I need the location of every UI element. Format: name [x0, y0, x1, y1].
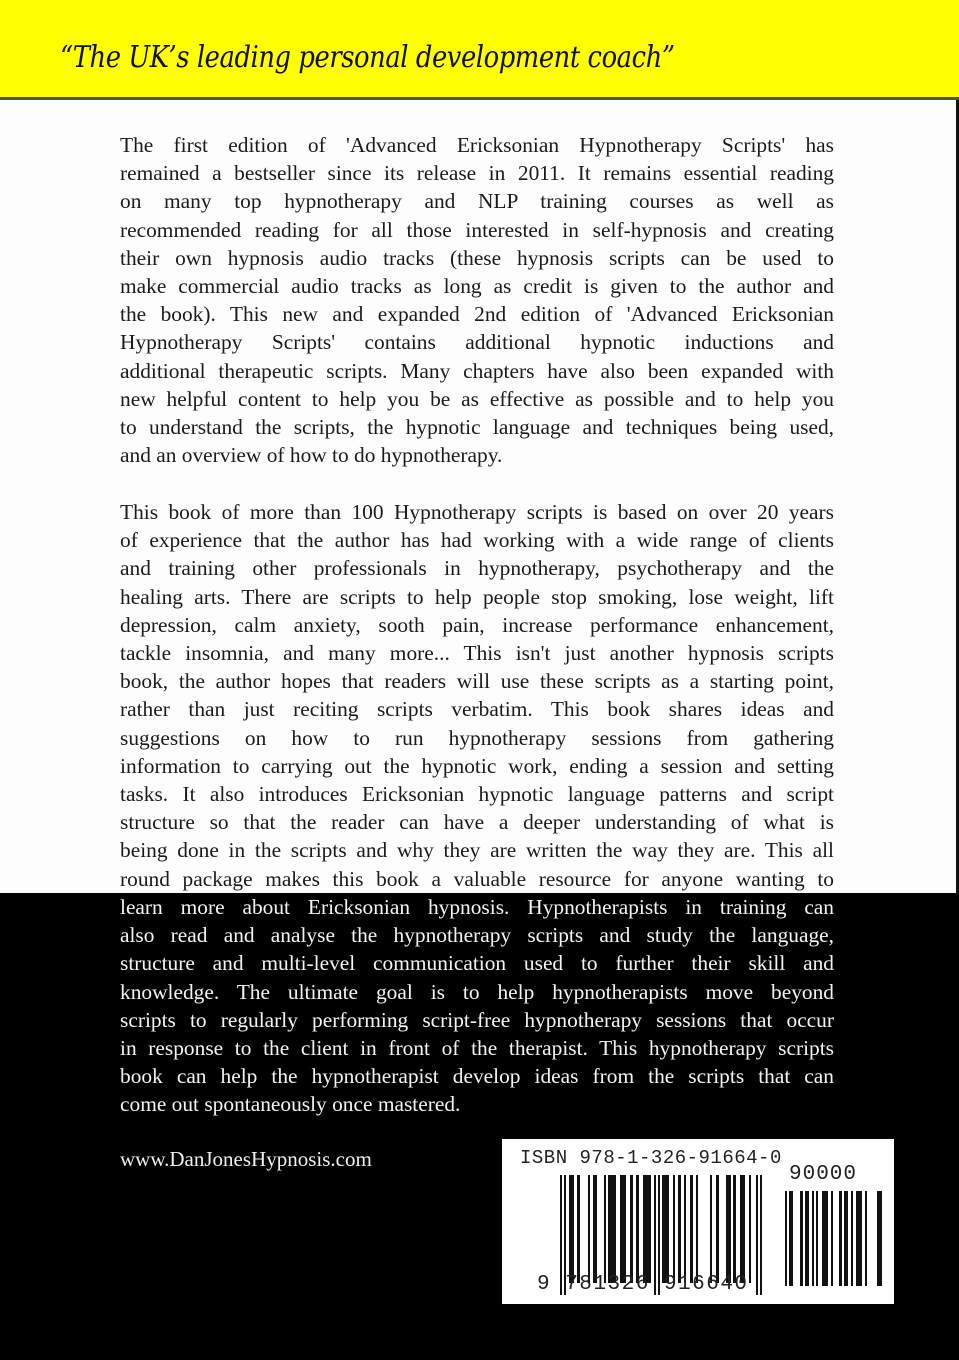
text-line: structure and multi-level communication … [120, 949, 834, 977]
text-line: tasks. It also introduces Ericksonian hy… [120, 780, 834, 808]
text-line: and training other professionals in hypn… [120, 554, 834, 582]
text-line: their own hypnosis audio tracks (these h… [120, 244, 834, 272]
text-line: additional therapeutic scripts. Many cha… [120, 357, 834, 385]
barcode-addon-number: 90000 [789, 1163, 857, 1186]
text-line: make commercial audio tracks as long as … [120, 272, 834, 300]
text-line: The first edition of 'Advanced Ericksoni… [120, 131, 834, 159]
text-line: This book of more than 100 Hypnotherapy … [120, 498, 834, 526]
description-paragraph-1: The first edition of 'Advanced Ericksoni… [120, 131, 834, 469]
text-line: in response to the client in front of th… [120, 1034, 834, 1062]
text-line: structure so that the reader can have a … [120, 808, 834, 836]
text-line: learn more about Ericksonian hypnosis. H… [120, 893, 834, 921]
text-line: suggestions on how to run hypnotherapy s… [120, 724, 834, 752]
website-link[interactable]: www.DanJonesHypnosis.com [120, 1147, 372, 1172]
text-line: new helpful content to help you be as ef… [120, 385, 834, 413]
text-line: rather than just reciting scripts verbat… [120, 695, 834, 723]
isbn-barcode: ISBN 978-1-326-91664-0 90000 [502, 1139, 894, 1304]
text-line: of experience that the author has had wo… [120, 526, 834, 554]
text-line: book can help the hypnotherapist develop… [120, 1062, 834, 1090]
text-line: being done in the scripts and why they a… [120, 836, 834, 864]
text-line: come out spontaneously once mastered. [120, 1090, 834, 1118]
text-line: tackle insomnia, and many more... This i… [120, 639, 834, 667]
text-line: the book). This new and expanded 2nd edi… [120, 300, 834, 328]
text-line: also read and analyse the hypnotherapy s… [120, 921, 834, 949]
text-line: to understand the scripts, the hypnotic … [120, 413, 834, 441]
text-line: Hypnotherapy Scripts' contains additiona… [120, 328, 834, 356]
isbn-label: ISBN 978-1-326-91664-0 [520, 1147, 782, 1169]
description-paragraph-2-top: This book of more than 100 Hypnotherapy … [120, 498, 834, 893]
text-line: information to carrying out the hypnotic… [120, 752, 834, 780]
text-line: recommended reading for all those intere… [120, 216, 834, 244]
text-line: healing arts. There are scripts to help … [120, 583, 834, 611]
barcode-addon-icon [785, 1191, 888, 1286]
text-line: on many top hypnotherapy and NLP trainin… [120, 187, 834, 215]
text-line: and an overview of how to do hypnotherap… [120, 441, 834, 469]
text-line: remained a bestseller since its release … [120, 159, 834, 187]
description-paragraph-2-bottom: learn more about Ericksonian hypnosis. H… [120, 893, 834, 1119]
text-line: round package makes this book a valuable… [120, 865, 834, 893]
text-line: book, the author hopes that readers will… [120, 667, 834, 695]
barcode-digits: 9 781326 916640 [537, 1273, 749, 1296]
tagline: “The UK’s leading personal development c… [60, 40, 675, 75]
text-line: scripts to regularly performing script-f… [120, 1006, 834, 1034]
text-line: knowledge. The ultimate goal is to help … [120, 978, 834, 1006]
text-line: depression, calm anxiety, sooth pain, in… [120, 611, 834, 639]
header-band: “The UK’s leading personal development c… [0, 0, 959, 100]
